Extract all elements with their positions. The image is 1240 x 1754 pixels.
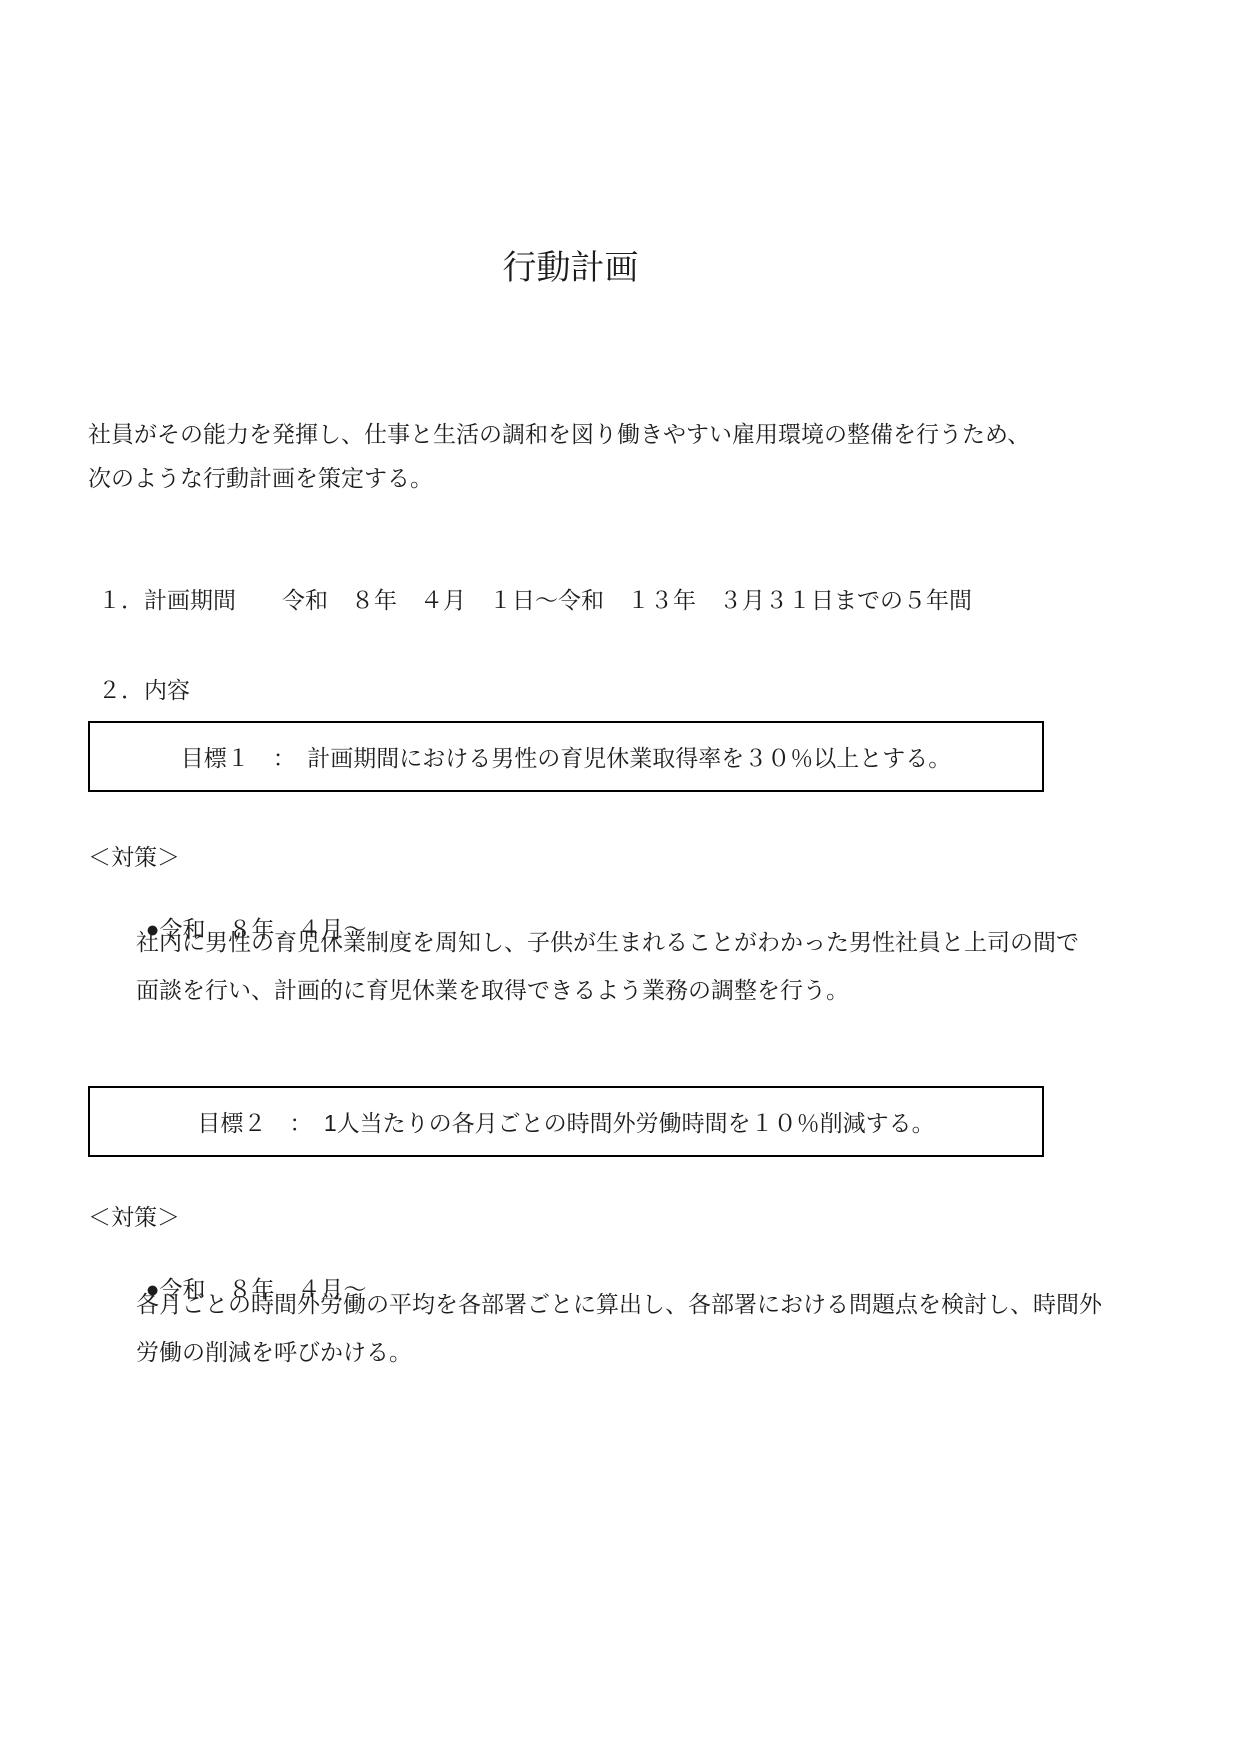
goal-1-body-line-2: 面談を行い、計画的に育児休業を取得できるよう業務の調整を行う。 xyxy=(136,966,1079,1014)
goal-1-measures-heading: ＜対策＞ xyxy=(88,842,180,872)
goal-1-text: 目標１ ： 計画期間における男性の育児休業取得率を３０％以上とする。 xyxy=(181,740,952,773)
goal-2-measures-body: 各月ごとの時間外労働の平均を各部署ごとに算出し、各部署における問題点を検討し、時… xyxy=(136,1280,1102,1376)
intro-paragraph: 社員がその能力を発揮し、仕事と生活の調和を図り働きやすい雇用環境の整備を行うため… xyxy=(88,412,1030,500)
goal-2-body-line-2: 労働の削減を呼びかける。 xyxy=(136,1328,1102,1376)
goal-2-measures-heading: ＜対策＞ xyxy=(88,1202,180,1232)
goal-1-box: 目標１ ： 計画期間における男性の育児休業取得率を３０％以上とする。 xyxy=(88,721,1044,792)
goal-1-body-line-1: 社内に男性の育児休業制度を周知し、子供が生まれることがわかった男性社員と上司の間… xyxy=(136,918,1079,966)
intro-line-2: 次のような行動計画を策定する。 xyxy=(88,456,1030,500)
goal-1-measures-body: 社内に男性の育児休業制度を周知し、子供が生まれることがわかった男性社員と上司の間… xyxy=(136,918,1079,1014)
intro-line-1: 社員がその能力を発揮し、仕事と生活の調和を図り働きやすい雇用環境の整備を行うため… xyxy=(88,412,1030,456)
contents-heading: ２．内容 xyxy=(98,675,190,705)
plan-period-line: １．計画期間 令和 ８年 ４月 １日～令和 １３年 ３月３１日までの５年間 xyxy=(98,585,972,615)
goal-2-text: 目標２ ： 1人当たりの各月ごとの時間外労働時間を１０％削減する。 xyxy=(197,1105,934,1138)
goal-2-body-line-1: 各月ごとの時間外労働の平均を各部署ごとに算出し、各部署における問題点を検討し、時… xyxy=(136,1280,1102,1328)
document-page: 行動計画 社員がその能力を発揮し、仕事と生活の調和を図り働きやすい雇用環境の整備… xyxy=(0,0,1240,1754)
goal-2-box: 目標２ ： 1人当たりの各月ごとの時間外労働時間を１０％削減する。 xyxy=(88,1086,1044,1157)
page-title: 行動計画 xyxy=(88,240,1053,289)
